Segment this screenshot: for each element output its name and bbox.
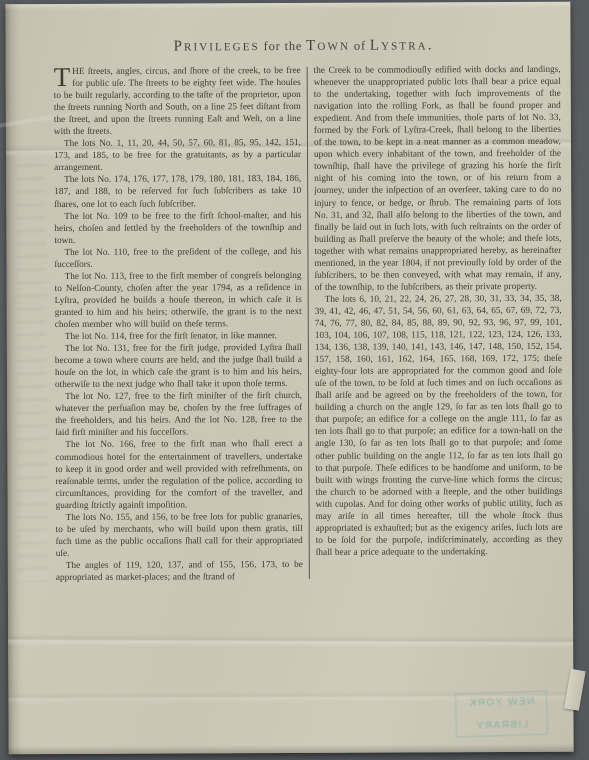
stamp-line-1: NEW YORK [468,696,535,709]
paragraph: The lot No. 114, free for the firſt ſena… [55,330,302,343]
stamp-line-2: LIBRARY [475,719,528,732]
paragraph: The lots No. 1, 11, 20, 44, 50, 57, 60, … [54,137,301,174]
paper-tab-fragment [564,669,586,711]
drop-cap: T [54,66,73,88]
scanned-page-scene: Privileges for the Town of Lystra. THE ſ… [0,0,589,760]
right-column: the Creek to be commodiouſly edified wit… [314,64,563,583]
paper-bottom-edge [9,744,574,754]
printed-content: Privileges for the Town of Lystra. THE ſ… [45,30,563,584]
paragraph: the Creek to be commodiouſly edified wit… [314,64,562,294]
library-stamp-mirrored: NEW YORK · · LIBRARY [455,691,548,738]
title-part: Town [306,38,350,54]
paragraph: THE ſtreets, angles, circus, and ſhore o… [54,65,301,138]
stamp-line-mid: · · [498,711,505,717]
left-column: THE ſtreets, angles, circus, and ſhore o… [46,65,303,584]
paragraph: The lots 6, 10, 21, 22, 24, 26, 27, 28, … [315,293,563,559]
paragraph: The lot No. 166, free to the firſt man w… [55,438,302,511]
title-part: Lystra. [370,37,434,53]
paper-sheet: Privileges for the Town of Lystra. THE ſ… [5,2,573,754]
paragraph: The angles of 119, 120, 137, and of 155,… [56,559,303,584]
paper-fold-edge [5,4,24,754]
paper-top-edge [5,2,570,10]
title-part: Privileges [174,38,260,54]
paragraph: The lot No. 109 to be free to the firſt … [54,210,301,247]
title-part: for the [260,39,306,53]
paragraph: The lots No. 174, 176, 177, 178, 179, 18… [54,173,301,210]
page-title: Privileges for the Town of Lystra. [46,36,562,56]
paragraph: The lot No. 127, free to the firſt miniſ… [55,390,302,439]
paragraph: The lot No. 113, free to the firſt membe… [55,270,302,331]
column-divider-rule [307,67,310,579]
paragraph: The lots No. 155, and 156, to be free lo… [56,511,303,560]
paragraph: The lot No. 131, free for the firſt judg… [55,342,302,391]
paragraph: The lot No. 110, free to the preſident o… [54,246,301,271]
paper-crease [8,634,573,648]
two-column-text: THE ſtreets, angles, circus, and ſhore o… [46,64,564,584]
title-part: of [350,39,370,53]
